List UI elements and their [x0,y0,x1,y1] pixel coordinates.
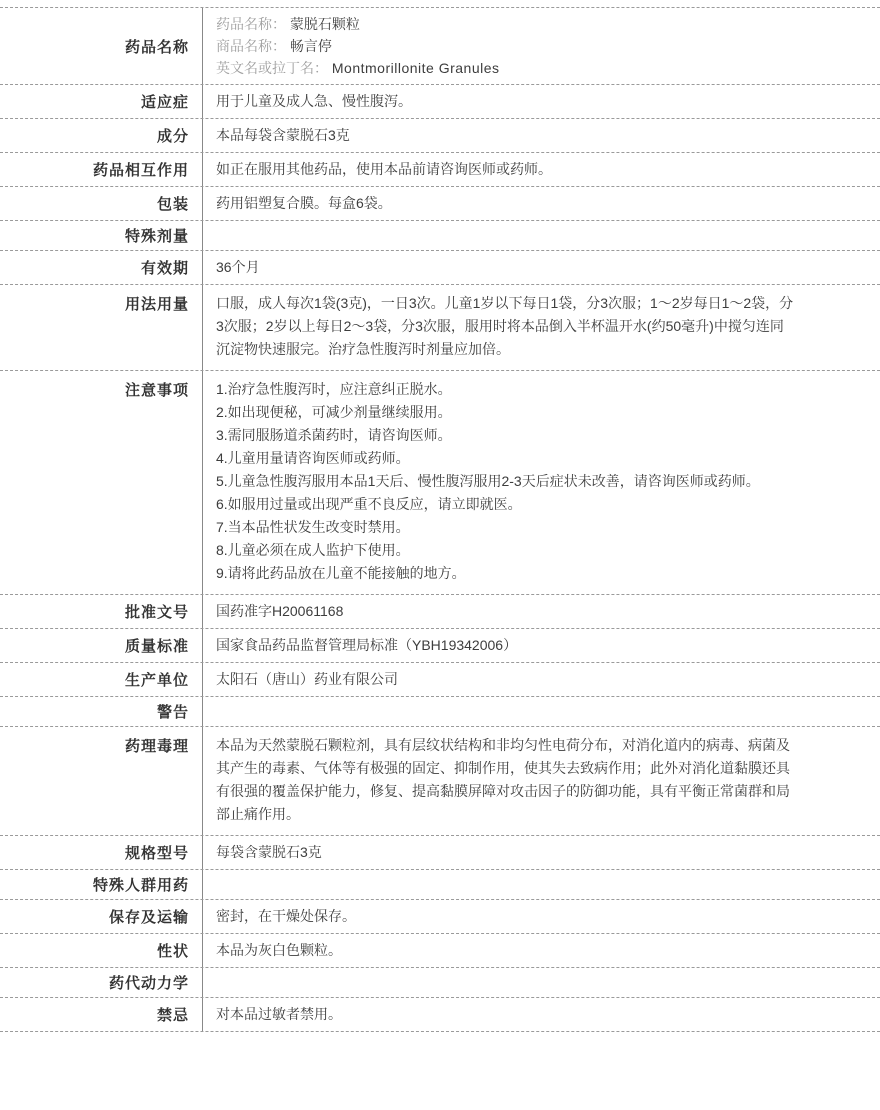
table-row: 性状本品为灰白色颗粒。 [0,934,880,968]
note-line: 9.请将此药品放在儿童不能接触的地方。 [216,562,794,585]
row-label: 规格型号 [0,836,203,869]
table-row: 成分本品每袋含蒙脱石3克 [0,119,880,153]
row-label: 特殊剂量 [0,221,203,250]
row-value: 口服，成人每次1袋(3克)，一日3次。儿童1岁以下每日1袋，分3次服；1～2岁每… [203,285,880,370]
row-value: 密封，在干燥处保存。 [203,900,880,933]
row-value [203,870,880,899]
note-line: 8.儿童必须在成人监护下使用。 [216,539,794,562]
pair-key: 商品名称： [216,38,286,54]
name-pair: 英文名或拉丁名： Montmorillonite Granules [216,57,860,79]
row-label: 保存及运输 [0,900,203,933]
row-value: 本品为天然蒙脱石颗粒剂，具有层纹状结构和非均匀性电荷分布，对消化道内的病毒、病菌… [203,727,880,835]
note-line: 1.治疗急性腹泻时，应注意纠正脱水。 [216,378,794,401]
row-value-text: 国家食品药品监督管理局标准（YBH19342006） [216,634,794,657]
row-value-text: 国药准字H20061168 [216,600,794,623]
row-label: 药品相互作用 [0,153,203,186]
table-row: 药理毒理本品为天然蒙脱石颗粒剂，具有层纹状结构和非均匀性电荷分布，对消化道内的病… [0,727,880,836]
row-value: 36个月 [203,251,880,284]
table-row: 禁忌对本品过敏者禁用。 [0,998,880,1032]
row-label: 警告 [0,697,203,726]
note-line: 3.需同服肠道杀菌药时，请咨询医师。 [216,424,794,447]
drug-info-table: 药品名称药品名称： 蒙脱石颗粒商品名称： 畅言停英文名或拉丁名： Montmor… [0,7,880,1032]
row-value: 本品每袋含蒙脱石3克 [203,119,880,152]
table-row: 药品名称药品名称： 蒙脱石颗粒商品名称： 畅言停英文名或拉丁名： Montmor… [0,8,880,85]
row-value: 1.治疗急性腹泻时，应注意纠正脱水。2.如出现便秘，可减少剂量继续服用。3.需同… [203,371,880,594]
table-row: 用法用量口服，成人每次1袋(3克)，一日3次。儿童1岁以下每日1袋，分3次服；1… [0,285,880,371]
pair-key: 英文名或拉丁名： [216,60,328,76]
note-line: 2.如出现便秘，可减少剂量继续服用。 [216,401,794,424]
name-pair: 商品名称： 畅言停 [216,35,860,57]
table-row: 生产单位太阳石（唐山）药业有限公司 [0,663,880,697]
pair-key: 药品名称： [216,16,286,32]
drug-info-page: 药品名称药品名称： 蒙脱石颗粒商品名称： 畅言停英文名或拉丁名： Montmor… [0,0,880,1110]
table-row: 包装药用铝塑复合膜。每盒6袋。 [0,187,880,221]
table-row: 批准文号国药准字H20061168 [0,595,880,629]
table-row: 药品相互作用如正在服用其他药品，使用本品前请咨询医师或药师。 [0,153,880,187]
row-value: 药品名称： 蒙脱石颗粒商品名称： 畅言停英文名或拉丁名： Montmorillo… [203,8,880,84]
row-label: 质量标准 [0,629,203,662]
table-row: 药代动力学 [0,968,880,998]
row-value-text: 用于儿童及成人急、慢性腹泻。 [216,90,794,113]
row-value [203,968,880,997]
table-row: 警告 [0,697,880,727]
row-label: 药品名称 [0,8,203,84]
row-value-text: 本品每袋含蒙脱石3克 [216,124,794,147]
note-line: 7.当本品性状发生改变时禁用。 [216,516,794,539]
table-row: 保存及运输密封，在干燥处保存。 [0,900,880,934]
table-row: 有效期36个月 [0,251,880,285]
row-value: 用于儿童及成人急、慢性腹泻。 [203,85,880,118]
row-label: 用法用量 [0,285,203,370]
row-label: 禁忌 [0,998,203,1031]
table-row: 规格型号每袋含蒙脱石3克 [0,836,880,870]
note-line: 4.儿童用量请咨询医师或药师。 [216,447,794,470]
note-line: 5.儿童急性腹泻服用本品1天后、慢性腹泻服用2-3天后症状未改善，请咨询医师或药… [216,470,794,493]
row-value: 每袋含蒙脱石3克 [203,836,880,869]
row-value-text: 如正在服用其他药品，使用本品前请咨询医师或药师。 [216,158,794,181]
name-pair: 药品名称： 蒙脱石颗粒 [216,13,860,35]
row-value-text: 本品为天然蒙脱石颗粒剂，具有层纹状结构和非均匀性电荷分布，对消化道内的病毒、病菌… [216,734,794,826]
row-value-text: 本品为灰白色颗粒。 [216,939,794,962]
table-row: 质量标准国家食品药品监督管理局标准（YBH19342006） [0,629,880,663]
row-value: 药用铝塑复合膜。每盒6袋。 [203,187,880,220]
row-label: 适应症 [0,85,203,118]
row-value [203,221,880,250]
row-label: 药理毒理 [0,727,203,835]
pair-value: 蒙脱石颗粒 [290,16,360,32]
row-label: 成分 [0,119,203,152]
row-label: 有效期 [0,251,203,284]
row-value: 国药准字H20061168 [203,595,880,628]
row-label: 批准文号 [0,595,203,628]
row-value-text: 每袋含蒙脱石3克 [216,841,794,864]
note-line: 6.如服用过量或出现严重不良反应，请立即就医。 [216,493,794,516]
table-row: 注意事项1.治疗急性腹泻时，应注意纠正脱水。2.如出现便秘，可减少剂量继续服用。… [0,371,880,595]
table-row: 适应症用于儿童及成人急、慢性腹泻。 [0,85,880,119]
table-row: 特殊人群用药 [0,870,880,900]
row-label: 特殊人群用药 [0,870,203,899]
pair-value: Montmorillonite Granules [332,60,500,76]
row-value-text: 对本品过敏者禁用。 [216,1003,794,1026]
row-value: 如正在服用其他药品，使用本品前请咨询医师或药师。 [203,153,880,186]
pair-value: 畅言停 [290,38,332,54]
row-label: 注意事项 [0,371,203,594]
row-value: 对本品过敏者禁用。 [203,998,880,1031]
row-value-text: 口服，成人每次1袋(3克)，一日3次。儿童1岁以下每日1袋，分3次服；1～2岁每… [216,292,794,361]
row-value: 国家食品药品监督管理局标准（YBH19342006） [203,629,880,662]
row-value: 太阳石（唐山）药业有限公司 [203,663,880,696]
row-value: 本品为灰白色颗粒。 [203,934,880,967]
row-label: 性状 [0,934,203,967]
row-label: 包装 [0,187,203,220]
row-value-text: 太阳石（唐山）药业有限公司 [216,668,794,691]
row-label: 生产单位 [0,663,203,696]
row-value [203,697,880,726]
row-value-text: 密封，在干燥处保存。 [216,905,794,928]
row-label: 药代动力学 [0,968,203,997]
row-value-text: 36个月 [216,256,794,279]
row-value-text: 药用铝塑复合膜。每盒6袋。 [216,192,794,215]
table-row: 特殊剂量 [0,221,880,251]
